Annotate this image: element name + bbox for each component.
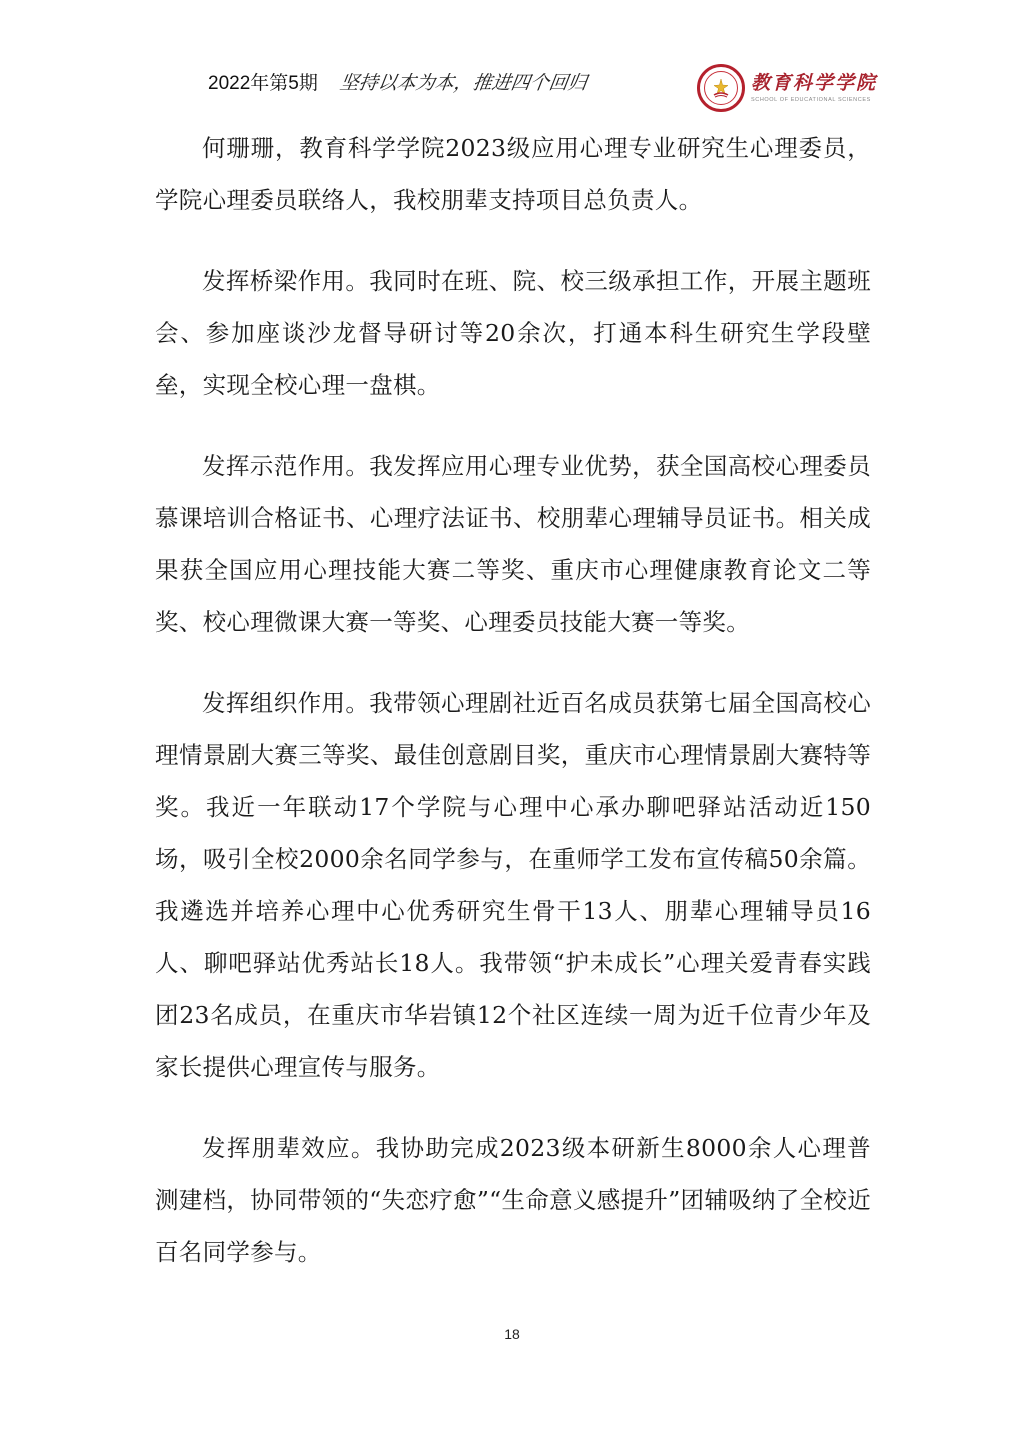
school-name-en: SCHOOL OF EDUCATIONAL SCIENCES (751, 96, 877, 104)
page-number: 18 (0, 1326, 1024, 1342)
issue-label: 2022年第5期 (208, 68, 318, 95)
school-emblem-icon (697, 64, 745, 112)
paragraph-peer-effect: 发挥朋辈效应。我协助完成2023级本研新生8000余人心理普测建档，协同带领的“… (155, 1122, 871, 1278)
school-name-cn: 教育科学学院 (751, 72, 877, 94)
paragraph-organizing-role: 发挥组织作用。我带领心理剧社近百名成员获第七届全国高校心理情景剧大赛三等奖、最佳… (155, 677, 871, 1093)
paragraph-intro: 何珊珊，教育科学学院2023级应用心理专业研究生心理委员，学院心理委员联络人，我… (155, 122, 871, 226)
paragraph-bridge-role: 发挥桥梁作用。我同时在班、院、校三级承担工作，开展主题班会、参加座谈沙龙督导研讨… (155, 255, 871, 411)
paragraph-model-role: 发挥示范作用。我发挥应用心理专业优势，获全国高校心理委员慕课培训合格证书、心理疗… (155, 440, 871, 648)
article-body: 何珊珊，教育科学学院2023级应用心理专业研究生心理委员，学院心理委员联络人，我… (155, 122, 871, 1307)
running-header: 2022年第5期 坚持以本为本，推进四个回归 (208, 64, 587, 98)
school-logo: 教育科学学院 SCHOOL OF EDUCATIONAL SCIENCES (697, 63, 877, 113)
header-motto: 坚持以本为本，推进四个回归 (338, 68, 589, 95)
